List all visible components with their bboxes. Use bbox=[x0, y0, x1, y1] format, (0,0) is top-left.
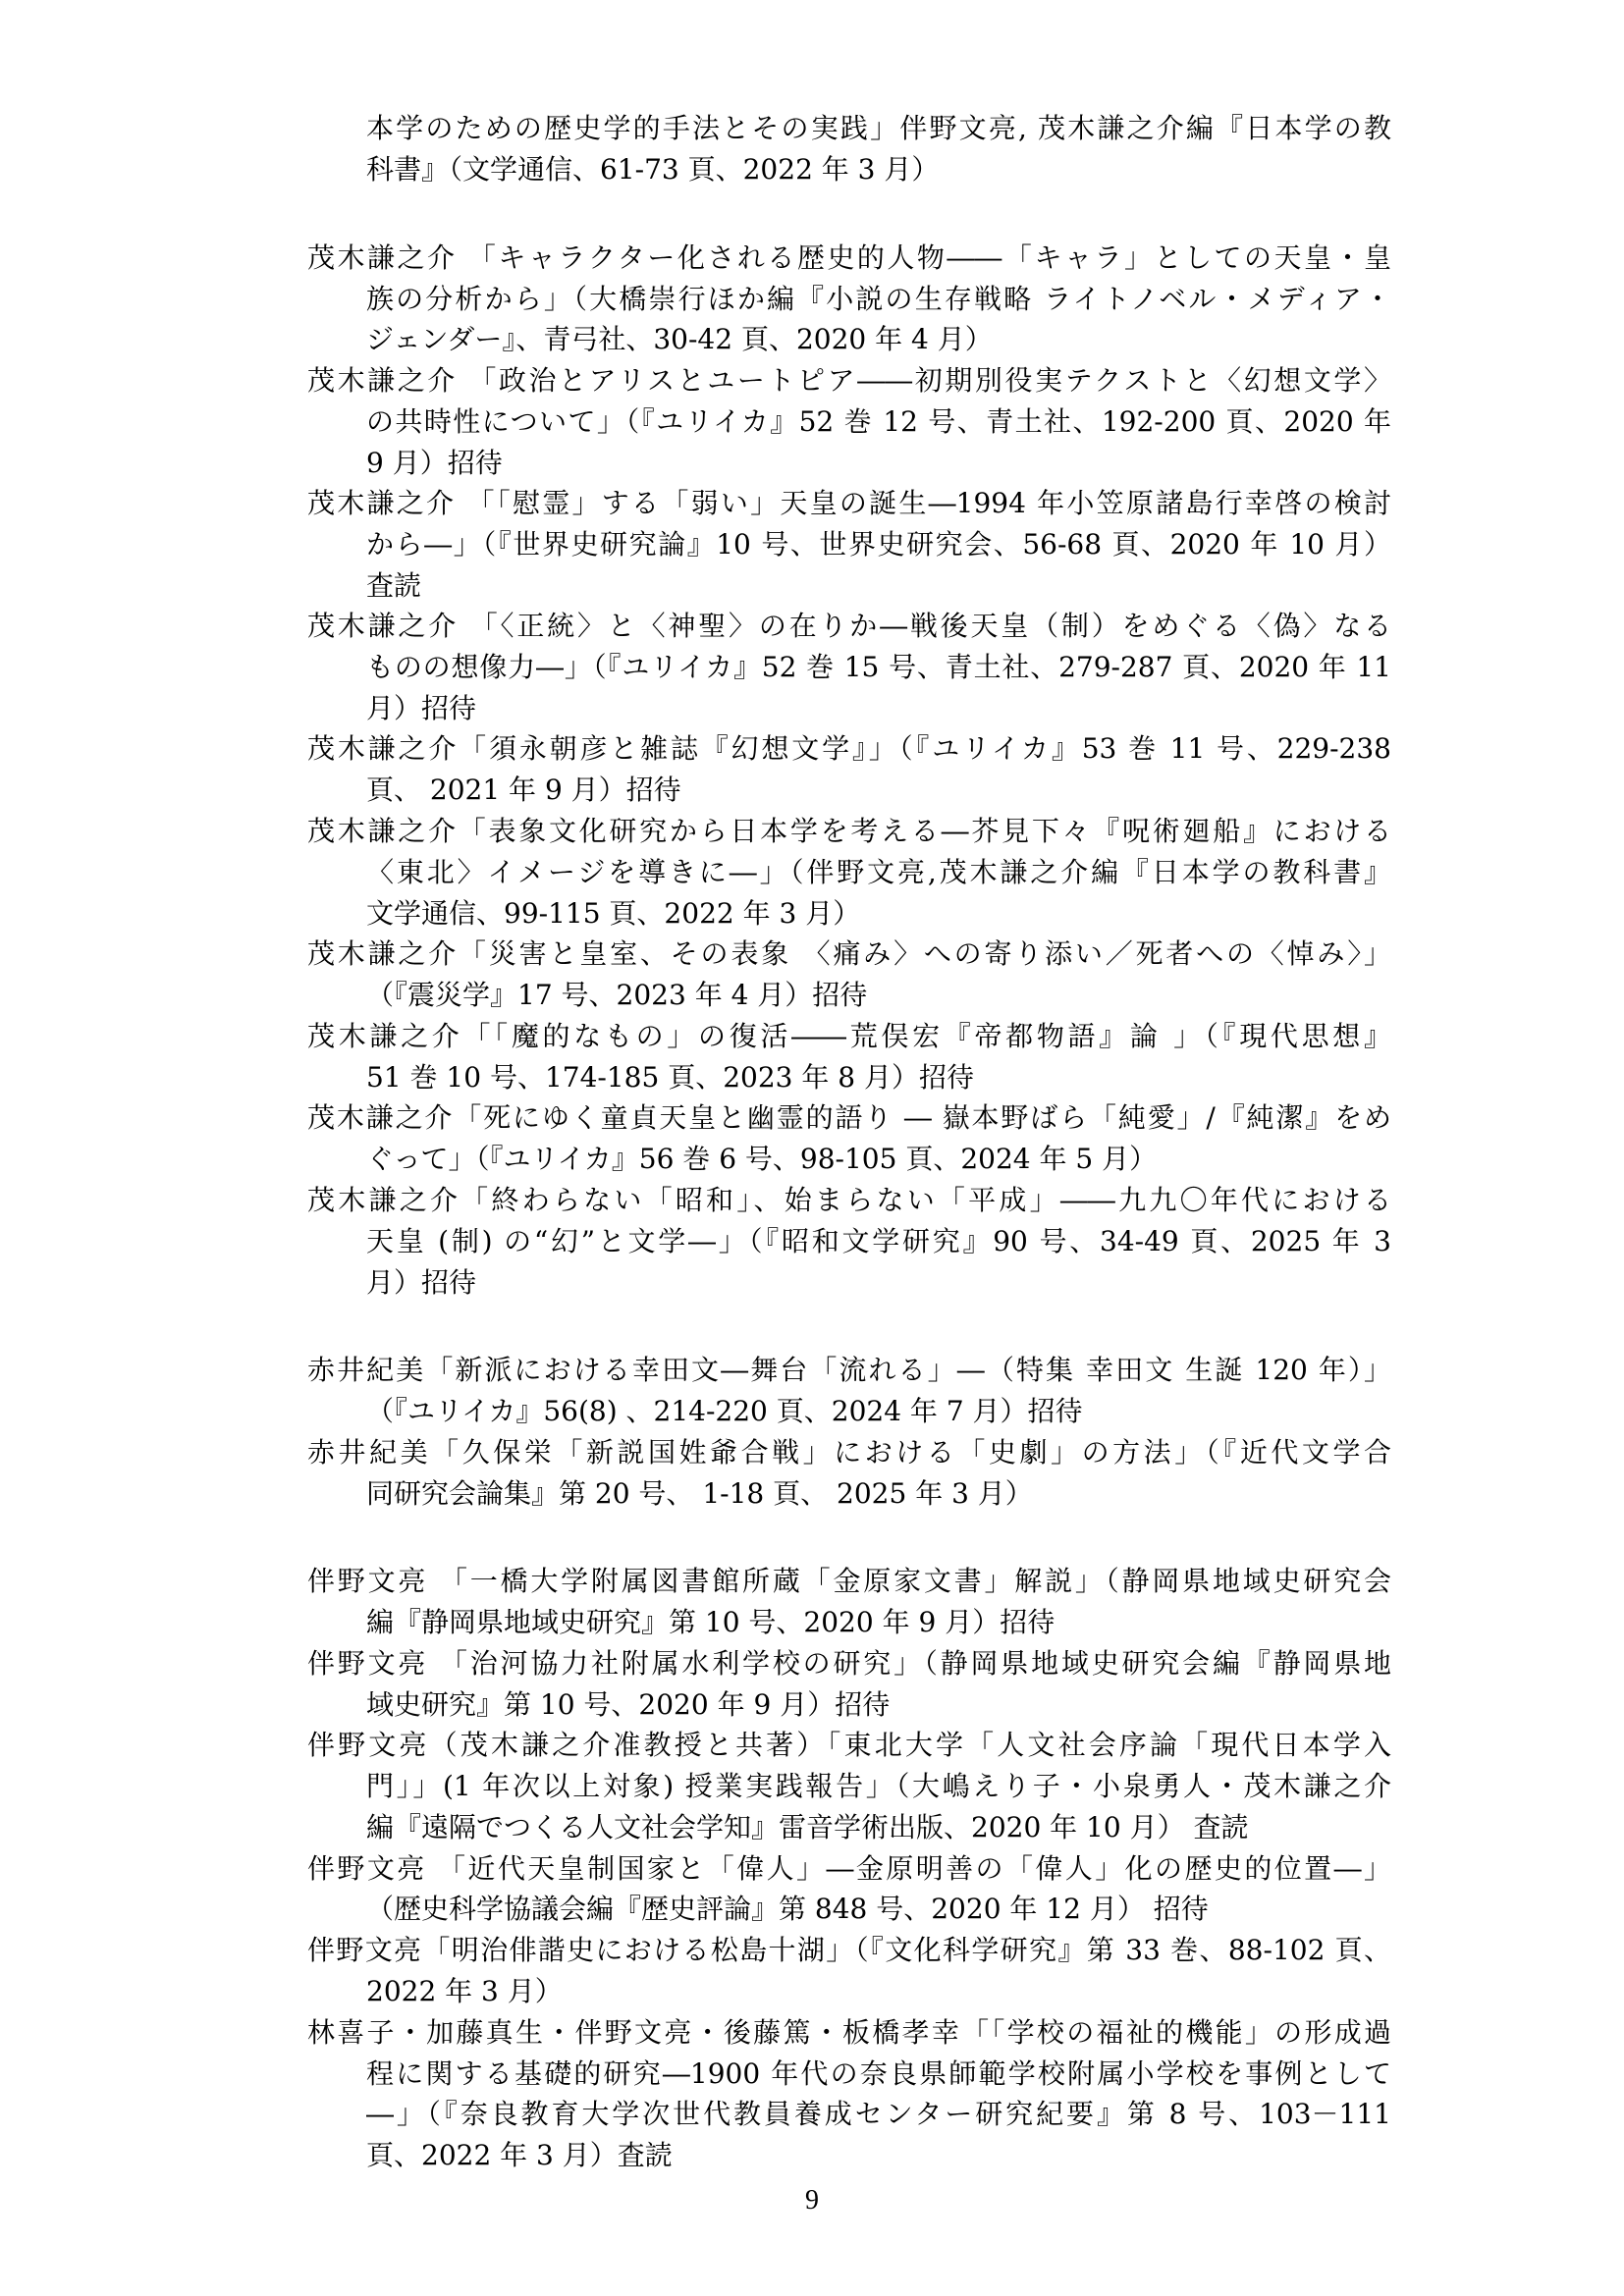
entry-line: （『ユリイカ』56(8) 、214-220 頁、2024 年 7 月）招待 bbox=[366, 1392, 1391, 1431]
entry-line: 伴野文亮 「治河協力社附属水利学校の研究」（静岡県地域史研究会編『静岡県地 bbox=[307, 1644, 1391, 1683]
entry-line: ―」（『奈良教育大学次世代教員養成センター研究紀要』第 8 号、103－111 bbox=[366, 2095, 1391, 2134]
entry-line: 茂木謙之介「災害と皇室、その表象 〈痛み〉への寄り添い／死者への〈悼み〉」 bbox=[307, 934, 1391, 974]
entry-line: 門」」(1 年次以上対象) 授業実践報告」（大嶋えり子・小泉勇人・茂木謙之介 bbox=[366, 1767, 1391, 1806]
entry-line: 科書』（文学通信、61-73 頁、2022 年 3 月） bbox=[366, 150, 1391, 189]
entry-line: 赤井紀美「新派における幸田文―舞台「流れる」―（特集 幸田文 生誕 120 年）… bbox=[307, 1351, 1391, 1390]
entry-line: 茂木謙之介「終わらない「昭和」、始まらない「平成」――九九〇年代における bbox=[307, 1181, 1391, 1220]
entry-line: 茂木謙之介「「魔的なもの」の復活――荒俣宏『帝都物語』論 」（『現代思想』 bbox=[307, 1017, 1391, 1056]
entry-line: 2022 年 3 月） bbox=[366, 1972, 1391, 2011]
entry-line: 9 月）招待 bbox=[366, 444, 1391, 483]
document-page: 本学のための歴史学的手法とその実践」伴野文亮, 茂木謙之介編『日本学の教 科書』… bbox=[0, 0, 1624, 2296]
entry-line: 茂木謙之介 「政治とアリスとユートピア――初期別役実テクストと〈幻想文学〉 bbox=[307, 361, 1391, 400]
entry-line: 伴野文亮（茂木謙之介准教授と共著）「東北大学「人文社会序論「現代日本学入 bbox=[307, 1726, 1391, 1765]
entry-line: 赤井紀美「久保栄「新説国姓爺合戦」における「史劇」の方法」（『近代文学合 bbox=[307, 1433, 1391, 1472]
entry-line: 51 巻 10 号、174-185 頁、2023 年 8 月）招待 bbox=[366, 1058, 1391, 1097]
entry-line: 茂木謙之介 「「慰霊」する「弱い」天皇の誕生―1994 年小笠原諸島行幸啓の検討 bbox=[307, 484, 1391, 523]
entry-line: 伴野文亮 「一橋大学附属図書館所蔵「金原家文書」解説」（静岡県地域史研究会 bbox=[307, 1562, 1391, 1601]
entry-line: 茂木謙之介「表象文化研究から日本学を考える―芥見下々『呪術廻船』における bbox=[307, 812, 1391, 851]
entry-line: 程に関する基礎的研究―1900 年代の奈良県師範学校附属小学校を事例として bbox=[366, 2055, 1391, 2094]
entry-line: 伴野文亮「明治俳諧史における松島十湖」（『文化科学研究』第 33 巻、88-10… bbox=[307, 1931, 1391, 1970]
entry-line: 編『遠隔でつくる人文社会学知』雷音学術出版、2020 年 10 月） 査読 bbox=[366, 1808, 1391, 1847]
entry-line: 茂木謙之介「死にゆく童貞天皇と幽霊的語り ― 嶽本野ばら「純愛」/『純潔』をめ bbox=[307, 1098, 1391, 1138]
entry-line: 査読 bbox=[366, 566, 1391, 606]
entry-line: （『震災学』17 号、2023 年 4 月）招待 bbox=[366, 976, 1391, 1015]
entry-line: の共時性について」（『ユリイカ』52 巻 12 号、青土社、192-200 頁、… bbox=[366, 402, 1391, 442]
entry-line: 茂木謙之介「須永朝彦と雑誌『幻想文学』」（『ユリイカ』53 巻 11 号、229… bbox=[307, 729, 1391, 769]
entry-line: ものの想像力―」（『ユリイカ』52 巻 15 号、青土社、279-287 頁、2… bbox=[366, 648, 1391, 687]
entry-line: 月）招待 bbox=[366, 1263, 1391, 1303]
entry-line: 本学のための歴史学的手法とその実践」伴野文亮, 茂木謙之介編『日本学の教 bbox=[366, 109, 1391, 148]
entry-line: 文学通信、99-115 頁、2022 年 3 月） bbox=[366, 894, 1391, 934]
entry-line: 月）招待 bbox=[366, 689, 1391, 728]
entry-line: 伴野文亮 「近代天皇制国家と「偉人」―金原明善の「偉人」化の歴史的位置―」 bbox=[307, 1849, 1391, 1889]
entry-line: ジェンダー』、青弓社、30-42 頁、2020 年 4 月） bbox=[366, 320, 1391, 359]
entry-line: （歴史科学協議会編『歴史評論』第 848 号、2020 年 12 月） 招待 bbox=[366, 1890, 1391, 1929]
entry-line: 編『静岡県地域史研究』第 10 号、2020 年 9 月）招待 bbox=[366, 1603, 1391, 1642]
entry-line: 林喜子・加藤真生・伴野文亮・後藤篤・板橋孝幸「「学校の福祉的機能」の形成過 bbox=[307, 2013, 1391, 2053]
entry-line: 〈東北〉イメージを導きに―」（伴野文亮,茂木謙之介編『日本学の教科書』 bbox=[366, 853, 1391, 892]
entry-line: 頁、 2021 年 9 月）招待 bbox=[366, 771, 1391, 810]
entry-line: 頁、2022 年 3 月）査読 bbox=[366, 2136, 1391, 2175]
entry-line: 域史研究』第 10 号、2020 年 9 月）招待 bbox=[366, 1685, 1391, 1725]
entry-line: ぐって」（『ユリイカ』56 巻 6 号、98-105 頁、2024 年 5 月） bbox=[366, 1140, 1391, 1179]
entry-line: 茂木謙之介 「キャラクター化される歴史的人物――「キャラ」としての天皇・皇 bbox=[307, 239, 1391, 278]
entry-line: から―」（『世界史研究論』10 号、世界史研究会、56-68 頁、2020 年 … bbox=[366, 525, 1391, 564]
entry-line: 族の分析から」（大橋崇行ほか編『小説の生存戦略 ライトノベル・メディア・ bbox=[366, 280, 1391, 319]
entry-line: 茂木謙之介 「〈正統〉と〈神聖〉の在りか―戦後天皇（制）をめぐる〈偽〉なる bbox=[307, 607, 1391, 646]
entry-line: 同研究会論集』第 20 号、 1-18 頁、 2025 年 3 月） bbox=[366, 1474, 1391, 1514]
page-number: 9 bbox=[0, 2181, 1624, 2220]
entry-line: 天皇 (制) の“幻”と文学―」（『昭和文学研究』90 号、34-49 頁、20… bbox=[366, 1222, 1391, 1261]
